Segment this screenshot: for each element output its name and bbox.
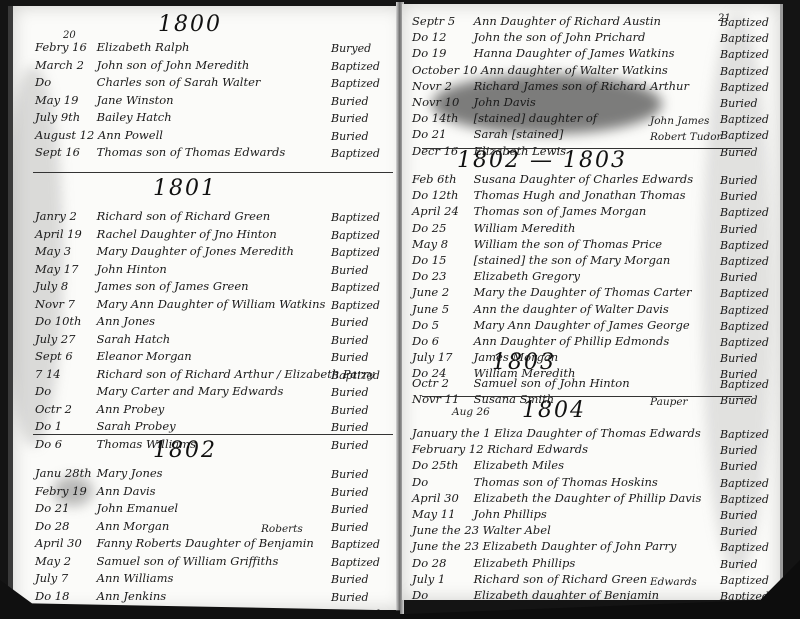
entry-date: February 12 bbox=[412, 444, 484, 456]
entry-status: Buried bbox=[331, 112, 369, 125]
register-entry: February 12 Richard Edwards bbox=[412, 444, 588, 456]
entry-date: Janry 2 bbox=[35, 211, 93, 223]
register-entry: Sept 16 Thomas son of Thomas Edwards bbox=[35, 147, 285, 159]
section-divider bbox=[422, 396, 752, 397]
entry-date: April 30 bbox=[35, 538, 93, 550]
entry-status: Baptized bbox=[720, 304, 769, 317]
entry-date: Do bbox=[412, 590, 470, 600]
entry-name: Richard James son of Richard Arthur bbox=[470, 79, 689, 93]
section-year-heading: 1802 bbox=[153, 438, 217, 463]
entry-status: Buried bbox=[331, 404, 369, 417]
entry-status: Baptized bbox=[331, 299, 380, 312]
entry-date: Febry 19 bbox=[35, 486, 93, 498]
entry-date: Do bbox=[412, 477, 470, 489]
entry-name: [stained] daughter of bbox=[470, 111, 597, 125]
entry-margin-note: Pauper bbox=[650, 396, 688, 408]
entry-name: Samuel son of William Griffiths bbox=[93, 554, 278, 568]
entry-status: Baptized bbox=[331, 556, 380, 569]
register-entry: April 30 Fanny Roberts Daughter of Benja… bbox=[35, 538, 314, 550]
entry-date: May 8 bbox=[412, 239, 470, 251]
entry-name: Samuel son of John Hinton bbox=[470, 376, 630, 390]
entry-date: Do 21 bbox=[35, 503, 93, 515]
entry-name: Ann Daughter of Richard Austin bbox=[470, 14, 661, 28]
entry-name: Richard son of Richard Green bbox=[93, 209, 270, 223]
entry-name: Bailey Hatch bbox=[93, 110, 172, 124]
entry-status: Baptized bbox=[720, 477, 769, 490]
entry-name: John son of John Meredith bbox=[93, 58, 249, 72]
entry-name: John Phillips bbox=[470, 507, 547, 521]
entry-status: Baptized bbox=[720, 378, 769, 391]
entry-status: Buried bbox=[720, 509, 758, 522]
entry-name: Rachel Daughter of Jno Hinton bbox=[93, 227, 277, 241]
entry-date: Do 6 bbox=[35, 439, 93, 451]
register-entry: Do Thomas son of Thomas Hoskins bbox=[412, 477, 658, 489]
entry-name: Ann the daughter of Walter Davis bbox=[470, 302, 669, 316]
register-entry: Do 28 Elizabeth Phillips bbox=[412, 558, 575, 570]
entry-name: Sarah Probey bbox=[93, 419, 176, 433]
register-entry: July 8 James son of James Green bbox=[35, 281, 249, 293]
entry-date: April 24 bbox=[412, 206, 470, 218]
entry-status: Baptized bbox=[331, 60, 380, 73]
entry-name: Ann Jones bbox=[93, 314, 155, 328]
entry-status: Baptized bbox=[720, 129, 769, 142]
entry-status: Buried bbox=[331, 386, 369, 399]
register-entry: January the 1 Eliza Daughter of Thomas E… bbox=[412, 428, 701, 440]
register-entry: Sept 6 Eleanor Morgan bbox=[35, 351, 192, 363]
entry-date: May 19 bbox=[35, 95, 93, 107]
entry-date: Do 23 bbox=[412, 271, 470, 283]
entry-date: June 5 bbox=[412, 304, 470, 316]
section-year-heading: 1803 bbox=[492, 350, 556, 375]
entry-date: July 9th bbox=[35, 112, 93, 124]
margin-note: Aug 26 bbox=[452, 406, 490, 418]
register-entry: July 27 Sarah Hatch bbox=[35, 334, 170, 346]
entry-date: Do 18 bbox=[35, 591, 93, 603]
entry-date: Do 10th bbox=[35, 316, 93, 328]
open-register-book: 20 1800Febry 16 Elizabeth RalphBuryedMar… bbox=[0, 0, 800, 619]
entry-status: Baptized bbox=[331, 538, 380, 551]
register-entry: July 1 Richard son of Richard Green bbox=[412, 574, 647, 586]
entry-date: July 27 bbox=[35, 334, 93, 346]
entry-status: Buried bbox=[331, 334, 369, 347]
entry-status: Baptized bbox=[720, 239, 769, 252]
section-divider bbox=[33, 172, 393, 173]
register-entry: Do 12 John the son of John Prichard bbox=[412, 32, 645, 44]
section-divider bbox=[33, 434, 393, 435]
entry-status: Baptized bbox=[720, 206, 769, 219]
register-entry: Do 25th Elizabeth Miles bbox=[412, 460, 564, 472]
entry-date: 7 14 bbox=[35, 369, 93, 381]
entry-name: Mary Carter and Mary Edwards bbox=[93, 384, 283, 398]
entry-name: Elizabeth Phillips bbox=[470, 556, 575, 570]
entry-date: Novr 7 bbox=[35, 299, 93, 311]
entry-name: Mary Jones bbox=[93, 466, 163, 480]
entry-date: Octr 2 bbox=[35, 404, 93, 416]
register-entry: Febry 16 Elizabeth Ralph bbox=[35, 42, 189, 54]
entry-status: Buryed bbox=[331, 42, 371, 55]
register-entry: Do Mary Carter and Mary Edwards bbox=[35, 386, 283, 398]
entry-name: Ann Davis bbox=[93, 484, 156, 498]
entry-name: Ann Williams bbox=[93, 571, 173, 585]
register-entry: Do 28 Ann Morgan bbox=[35, 521, 169, 533]
entry-status: Buried bbox=[720, 97, 758, 110]
register-entry: 7 14 Richard son of Richard Arthur / Eli… bbox=[35, 369, 375, 381]
register-entry: Do Charles son of Sarah Walter bbox=[35, 77, 260, 89]
register-entry: June 2 Mary the Daughter of Thomas Carte… bbox=[412, 287, 692, 299]
entry-name: Sarah [stained] bbox=[470, 127, 563, 141]
entry-status: Baptized bbox=[720, 16, 769, 29]
entry-status: Buried bbox=[720, 223, 758, 236]
entry-date: Do 28 bbox=[412, 558, 470, 570]
entry-name: Eleanor Morgan bbox=[93, 349, 192, 363]
register-entry: Do 21 John Emanuel bbox=[35, 503, 178, 515]
register-entry: Do 10th Ann Jones bbox=[35, 316, 155, 328]
register-entry: Do 21 Sarah [stained] bbox=[412, 129, 563, 141]
register-entry: Novr 2 Richard James son of Richard Arth… bbox=[412, 81, 689, 93]
entry-status: Buried bbox=[331, 503, 369, 516]
entry-status: Buried bbox=[720, 190, 758, 203]
entry-name: Mary the Daughter of Thomas Carter bbox=[470, 285, 692, 299]
entry-name: Thomas Hugh and Jonathan Thomas bbox=[470, 188, 686, 202]
register-entry: Do 6 Ann Daughter of Phillip Edmonds bbox=[412, 336, 669, 348]
register-entry: Do Elizabeth daughter of Benjamin bbox=[412, 590, 659, 600]
entry-name: Thomas son of James Morgan bbox=[470, 204, 646, 218]
entry-status: Buried bbox=[720, 352, 758, 365]
entry-status: Baptized bbox=[331, 211, 380, 224]
entry-name: Elizabeth Gregory bbox=[470, 269, 580, 283]
entry-name: Elizabeth Miles bbox=[470, 458, 564, 472]
entry-date: Do 12th bbox=[412, 190, 470, 202]
entry-name: John Davis bbox=[470, 95, 536, 109]
entry-name: Eliza Daughter of Thomas Edwards bbox=[491, 426, 701, 440]
entry-date: May 17 bbox=[35, 264, 93, 276]
entry-status: Baptized bbox=[331, 229, 380, 242]
register-entry: Febry 19 Ann Davis bbox=[35, 486, 156, 498]
entry-status: Buried bbox=[331, 351, 369, 364]
entry-status: Buried bbox=[720, 525, 758, 538]
entry-name: Elizabeth the Daughter of Phillip Davis bbox=[470, 491, 701, 505]
entry-date: Sept 16 bbox=[35, 147, 93, 159]
register-entry: Octr 2 Ann Probey bbox=[35, 404, 164, 416]
entry-date: Do 25 bbox=[412, 223, 470, 235]
entry-date: Do bbox=[35, 77, 93, 89]
register-entry: July 7 Ann Williams bbox=[35, 573, 173, 585]
entry-status: Baptized bbox=[720, 65, 769, 78]
entry-status: Baptized bbox=[720, 320, 769, 333]
register-entry: May 3 Mary Daughter of Jones Meredith bbox=[35, 246, 294, 258]
entry-status: Buried bbox=[331, 521, 369, 534]
left-page: 20 1800Febry 16 Elizabeth RalphBuryedMar… bbox=[8, 6, 404, 610]
register-entry: March 2 John son of John Meredith bbox=[35, 60, 249, 72]
entry-status: Baptized bbox=[331, 147, 380, 160]
entry-name: Thomas son of Thomas Edwards bbox=[93, 145, 285, 159]
entry-status: Buried bbox=[720, 174, 758, 187]
entry-date: Sept 6 bbox=[35, 351, 93, 363]
entry-name: Ann Daughter of Phillip Edmonds bbox=[470, 334, 669, 348]
entry-date: Do 14th bbox=[412, 113, 470, 125]
register-entry: May 17 John Hinton bbox=[35, 264, 167, 276]
entry-status: Baptized bbox=[720, 81, 769, 94]
section-year-heading: 1802 — 1803 bbox=[457, 148, 627, 173]
entry-name: [stained] the son of Mary Morgan bbox=[470, 253, 670, 267]
register-entry: June 5 Ann the daughter of Walter Davis bbox=[412, 304, 669, 316]
entry-status: Buried bbox=[331, 316, 369, 329]
entry-name: Ann Morgan bbox=[93, 519, 169, 533]
section-year-heading: 1800 bbox=[158, 12, 222, 37]
entry-status: Baptized bbox=[720, 255, 769, 268]
register-entry: Do 5 Mary Ann Daughter of James George bbox=[412, 320, 690, 332]
entry-date: October 10 bbox=[412, 65, 477, 77]
entry-date: January the 1 bbox=[412, 428, 491, 440]
entry-date: Feb 6th bbox=[412, 174, 470, 186]
entry-date: May 11 bbox=[412, 509, 470, 521]
register-entry: Janry 2 Richard son of Richard Green bbox=[35, 211, 270, 223]
entry-status: Baptized bbox=[720, 113, 769, 126]
entry-name: Ann daughter of Walter Watkins bbox=[477, 63, 667, 77]
register-entry: Do 25 William Meredith bbox=[412, 223, 575, 235]
entry-date: August 12 bbox=[35, 130, 94, 142]
entry-status: Baptized bbox=[331, 369, 380, 382]
entry-date: Do 19 bbox=[412, 48, 470, 60]
register-entry: Do 15 [stained] the son of Mary Morgan bbox=[412, 255, 670, 267]
entry-name: Elizabeth Ralph bbox=[93, 40, 189, 54]
entry-status: Buried bbox=[331, 439, 369, 452]
entry-date: Do 1 bbox=[35, 421, 93, 433]
register-entry: April 19 Rachel Daughter of Jno Hinton bbox=[35, 229, 277, 241]
entry-status: Buried bbox=[331, 264, 369, 277]
entry-date: June 2 bbox=[412, 287, 470, 299]
register-entry: May 8 William the son of Thomas Price bbox=[412, 239, 662, 251]
register-entry: Novr 10 John Davis bbox=[412, 97, 536, 109]
register-entry: Do 1 Sarah Probey bbox=[35, 421, 176, 433]
entry-name: Elizabeth daughter of Benjamin bbox=[470, 588, 659, 600]
register-entry: July 9th Bailey Hatch bbox=[35, 112, 172, 124]
section-year-heading: 1804 bbox=[522, 398, 586, 423]
entry-date: Novr 2 bbox=[412, 81, 470, 93]
entry-date: July 17 bbox=[412, 352, 470, 364]
register-entry: April 24 Thomas son of James Morgan bbox=[412, 206, 646, 218]
entry-status: Baptized bbox=[331, 77, 380, 90]
entry-status: Baptized bbox=[720, 32, 769, 45]
entry-name: James son of James Green bbox=[93, 279, 249, 293]
entry-date: Do 15 bbox=[412, 255, 470, 267]
register-entry: Do 19 Hanna Daughter of James Watkins bbox=[412, 48, 675, 60]
register-entry: Septr 5 Ann Daughter of Richard Austin bbox=[412, 16, 661, 28]
entry-status: Baptized bbox=[720, 541, 769, 554]
entry-name: Fanny Roberts Daughter of Benjamin bbox=[93, 536, 314, 550]
entry-status: Baptized bbox=[720, 48, 769, 61]
entry-status: Baptized bbox=[720, 428, 769, 441]
entry-name: John the son of John Prichard bbox=[470, 30, 645, 44]
entry-status: Baptized bbox=[331, 281, 380, 294]
register-entry: Do 23 Elizabeth Gregory bbox=[412, 271, 580, 283]
entry-date: Novr 10 bbox=[412, 97, 470, 109]
entry-date: June the 23 bbox=[412, 541, 479, 553]
entry-name: Ann Probey bbox=[93, 402, 164, 416]
entry-status: Baptized bbox=[720, 287, 769, 300]
entry-status: Buried bbox=[720, 460, 758, 473]
entry-date: April 30 bbox=[412, 493, 470, 505]
entry-date: Octr 2 bbox=[412, 378, 470, 390]
register-entry: Novr 7 Mary Ann Daughter of William Watk… bbox=[35, 299, 325, 311]
entry-status: Buried bbox=[331, 421, 369, 434]
entry-date: Do 5 bbox=[412, 320, 470, 332]
register-entry: May 19 Jane Winston bbox=[35, 95, 174, 107]
entry-name: John Emanuel bbox=[93, 501, 178, 515]
entry-date: July 1 bbox=[412, 574, 470, 586]
entry-margin-note: Edwards bbox=[650, 576, 697, 588]
section-year-heading: 1801 bbox=[153, 176, 217, 201]
entry-name: Susana Daughter of Charles Edwards bbox=[470, 172, 693, 186]
entry-margin-note: John James bbox=[650, 115, 709, 127]
entry-name: Thomas son of Thomas Hoskins bbox=[470, 475, 658, 489]
entry-name: Jane Winston bbox=[93, 93, 174, 107]
entry-date: Do 12 bbox=[412, 32, 470, 44]
entry-date: Do 21 bbox=[412, 129, 470, 141]
register-entry: Janu 28th Mary Jones bbox=[35, 468, 163, 480]
entry-date: Janu 28th bbox=[35, 468, 93, 480]
entry-date: Do 6 bbox=[412, 336, 470, 348]
entry-date: March 2 bbox=[35, 60, 93, 72]
entry-status: Baptized bbox=[720, 336, 769, 349]
entry-date: Do 25th bbox=[412, 460, 470, 472]
entry-name: John Hinton bbox=[93, 262, 167, 276]
entry-name: Mary Daughter of Jones Meredith bbox=[93, 244, 294, 258]
entry-date: May 3 bbox=[35, 246, 93, 258]
entry-date: May 2 bbox=[35, 556, 93, 568]
entry-name: William Meredith bbox=[470, 221, 575, 235]
register-entry: August 12 Ann Powell bbox=[35, 130, 163, 142]
entry-name: Charles son of Sarah Walter bbox=[93, 75, 260, 89]
register-entry: Do 12th Thomas Hugh and Jonathan Thomas bbox=[412, 190, 686, 202]
entry-name: Mary Ann Daughter of William Watkins bbox=[93, 297, 325, 311]
entry-name: Mary Ann Daughter of James George bbox=[470, 318, 690, 332]
entry-status: Buried bbox=[331, 130, 369, 143]
entry-date: Febry 16 bbox=[35, 42, 93, 54]
entry-name: Elizabeth Daughter of John Parry bbox=[479, 539, 676, 553]
entry-status: Buried bbox=[331, 573, 369, 586]
entry-status: Buried bbox=[331, 591, 369, 604]
entry-date: Septr 5 bbox=[412, 16, 470, 28]
entry-date: July 7 bbox=[35, 573, 93, 585]
entry-status: Baptized bbox=[720, 493, 769, 506]
entry-status: Baptized bbox=[720, 574, 769, 587]
entry-name: Walter Abel bbox=[479, 523, 551, 537]
entry-status: Buried bbox=[331, 468, 369, 481]
entry-status: Buried bbox=[720, 558, 758, 571]
right-page: 21 Septr 5 Ann Daughter of Richard Austi… bbox=[402, 4, 783, 600]
entry-status: Buried bbox=[331, 486, 369, 499]
entry-date: June the 23 bbox=[412, 525, 479, 537]
register-entry: October 10 Ann daughter of Walter Watkin… bbox=[412, 65, 668, 77]
register-entry: June the 23 Walter Abel bbox=[412, 525, 551, 537]
entry-name: Richard Edwards bbox=[484, 442, 588, 456]
register-entry: Feb 6th Susana Daughter of Charles Edwar… bbox=[412, 174, 693, 186]
entry-name: Ann Powell bbox=[94, 128, 163, 142]
entry-name: Hanna Daughter of James Watkins bbox=[470, 46, 675, 60]
register-entry: May 2 Samuel son of William Griffiths bbox=[35, 556, 278, 568]
entry-name: Ann Jenkins bbox=[93, 589, 166, 603]
register-entry: April 30 Elizabeth the Daughter of Phill… bbox=[412, 493, 701, 505]
entry-status: Buried bbox=[331, 95, 369, 108]
entry-date: Do 28 bbox=[35, 521, 93, 533]
entry-margin-note: Roberts bbox=[261, 523, 303, 535]
entry-name: Richard son of Richard Green bbox=[470, 572, 647, 586]
entry-margin-note: Robert Tudor bbox=[650, 131, 722, 143]
entry-date: July 8 bbox=[35, 281, 93, 293]
register-entry: Octr 2 Samuel son of John Hinton bbox=[412, 378, 630, 390]
register-entry: Do 14th [stained] daughter of bbox=[412, 113, 597, 125]
register-entry: Do 18 Ann Jenkins bbox=[35, 591, 166, 603]
register-entry: June the 23 Elizabeth Daughter of John P… bbox=[412, 541, 676, 553]
entry-status: Buried bbox=[720, 444, 758, 457]
register-entry: May 11 John Phillips bbox=[412, 509, 547, 521]
entry-name: Sarah Hatch bbox=[93, 332, 170, 346]
entry-date: April 19 bbox=[35, 229, 93, 241]
entry-status: Buried bbox=[720, 271, 758, 284]
entry-name: William the son of Thomas Price bbox=[470, 237, 662, 251]
entry-date: Do bbox=[35, 386, 93, 398]
entry-status: Baptized bbox=[331, 246, 380, 259]
